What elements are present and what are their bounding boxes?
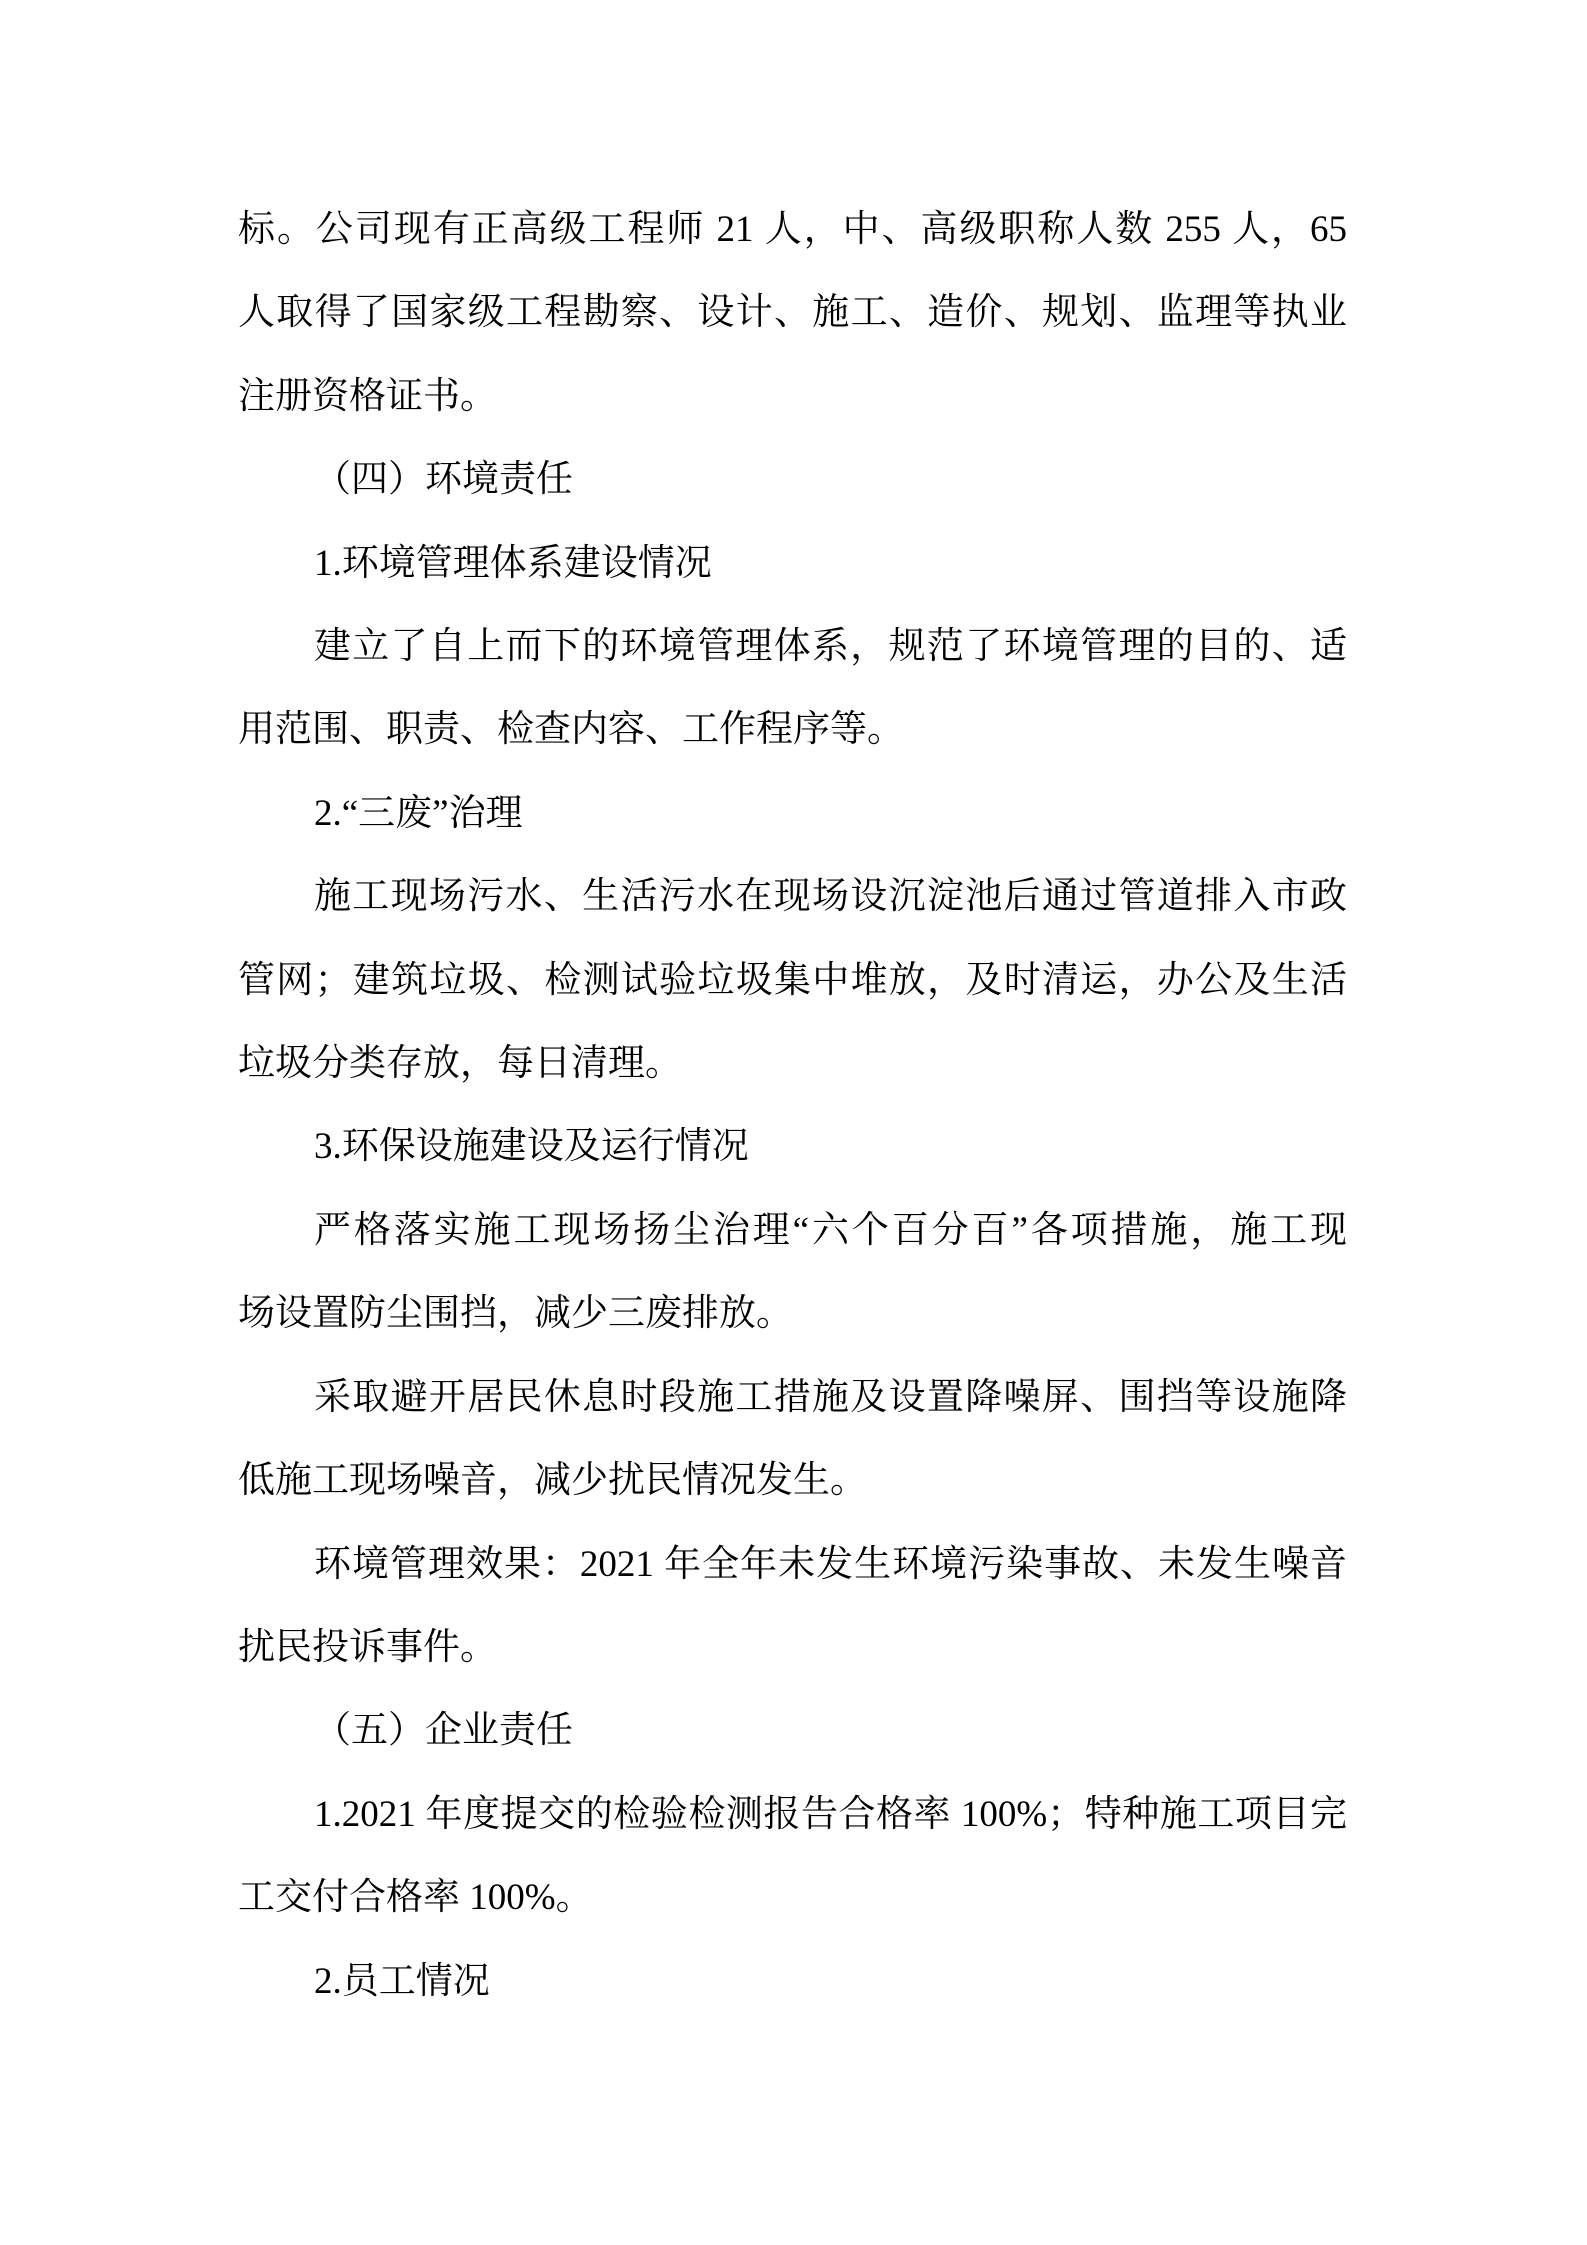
text-line: 建立了自上而下的环境管理体系，规范了环境管理的目的、适 bbox=[238, 605, 1347, 688]
text-line: 用范围、职责、检查内容、工作程序等。 bbox=[238, 688, 1347, 771]
text-line: 场设置防尘围挡，减少三废排放。 bbox=[238, 1272, 1347, 1355]
text-line: 注册资格证书。 bbox=[238, 355, 1347, 438]
text-line: 2.员工情况 bbox=[238, 1940, 1347, 2023]
document-page: 标。公司现有正高级工程师 21 人，中、高级职称人数 255 人，65人取得了国… bbox=[0, 0, 1587, 2245]
text-line: 垃圾分类存放，每日清理。 bbox=[238, 1022, 1347, 1105]
text-line: 低施工现场噪音，减少扰民情况发生。 bbox=[238, 1439, 1347, 1522]
text-line: 采取避开居民休息时段施工措施及设置降噪屏、围挡等设施降 bbox=[238, 1356, 1347, 1439]
text-line: 1.2021 年度提交的检验检测报告合格率 100%；特种施工项目完 bbox=[238, 1773, 1347, 1856]
text-line: 扰民投诉事件。 bbox=[238, 1606, 1347, 1689]
text-line: 管网；建筑垃圾、检测试验垃圾集中堆放，及时清运，办公及生活 bbox=[238, 939, 1347, 1022]
text-line: 人取得了国家级工程勘察、设计、施工、造价、规划、监理等执业 bbox=[238, 271, 1347, 354]
text-line: 3.环保设施建设及运行情况 bbox=[238, 1105, 1347, 1188]
text-line: 施工现场污水、生活污水在现场设沉淀池后通过管道排入市政 bbox=[238, 855, 1347, 938]
text-line: 2.“三废”治理 bbox=[238, 772, 1347, 855]
text-line: 1.环境管理体系建设情况 bbox=[238, 522, 1347, 605]
document-body: 标。公司现有正高级工程师 21 人，中、高级职称人数 255 人，65人取得了国… bbox=[238, 188, 1347, 2023]
text-line: 严格落实施工现场扬尘治理“六个百分百”各项措施，施工现 bbox=[238, 1189, 1347, 1272]
text-line: （四）环境责任 bbox=[238, 438, 1347, 521]
text-line: 环境管理效果：2021 年全年未发生环境污染事故、未发生噪音 bbox=[238, 1523, 1347, 1606]
text-line: 工交付合格率 100%。 bbox=[238, 1856, 1347, 1939]
text-line: （五）企业责任 bbox=[238, 1689, 1347, 1772]
text-line: 标。公司现有正高级工程师 21 人，中、高级职称人数 255 人，65 bbox=[238, 188, 1347, 271]
